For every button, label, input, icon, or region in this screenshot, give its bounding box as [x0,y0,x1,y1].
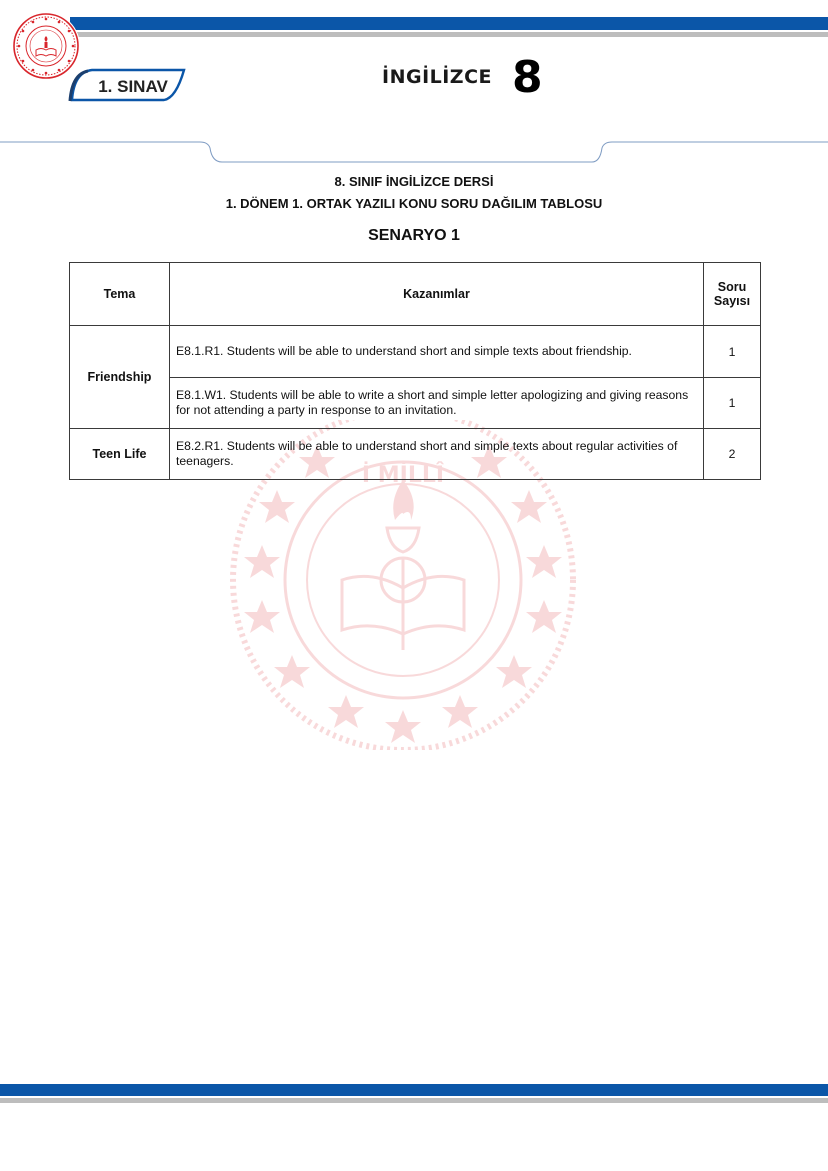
topic-distribution-table: Tema Kazanımlar Soru Sayısı Friendship E… [69,262,761,480]
kazanim-cell: E8.1.W1. Students will be able to write … [170,378,704,429]
grade-number: 8 [512,52,543,103]
exam-number-tab: 1. SINAV [68,68,186,102]
table-header-row: Tema Kazanımlar Soru Sayısı [70,263,761,326]
subject-title: İNGİLİZCE [382,66,492,88]
course-title: 8. SINIF İNGİLİZCE DERSİ [0,174,828,189]
table-row: Teen Life E8.2.R1. Students will be able… [70,429,761,480]
kazanim-cell: E8.2.R1. Students will be able to unders… [170,429,704,480]
header-blue-bar [70,17,828,30]
count-cell: 2 [704,429,761,480]
header-tema: Tema [70,263,170,326]
header-divider [0,128,828,168]
footer-blue-bar [0,1084,828,1096]
kazanim-cell: E8.1.R1. Students will be able to unders… [170,326,704,378]
exam-label: 1. SINAV [68,77,186,97]
header-soru-sayisi: Soru Sayısı [704,263,761,326]
header-soru-line2: Sayısı [714,294,750,308]
table-title: 1. DÖNEM 1. ORTAK YAZILI KONU SORU DAĞIL… [0,196,828,211]
footer-gray-bar [0,1098,828,1103]
count-cell: 1 [704,378,761,429]
scenario-title: SENARYO 1 [0,227,828,245]
header-kazanimlar: Kazanımlar [170,263,704,326]
tema-cell: Teen Life [70,429,170,480]
table-row: E8.1.W1. Students will be able to write … [70,378,761,429]
header-gray-bar [72,32,828,37]
count-cell: 1 [704,326,761,378]
header-soru-line1: Soru [718,280,746,294]
tema-cell: Friendship [70,326,170,429]
table-row: Friendship E8.1.R1. Students will be abl… [70,326,761,378]
